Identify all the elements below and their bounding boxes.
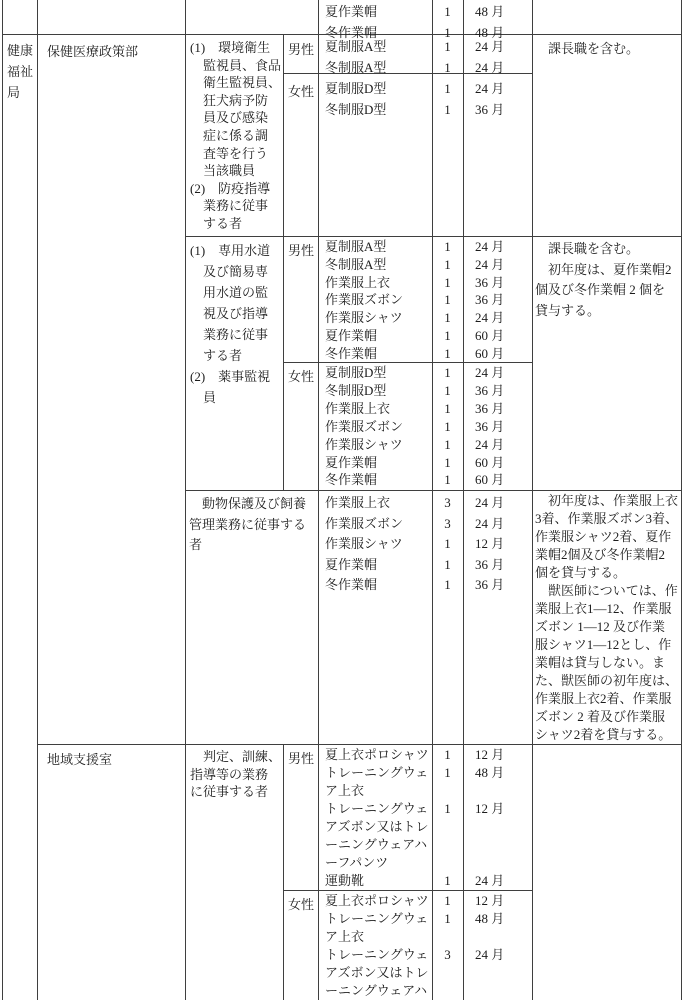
category-cell: (1) 専用水道 及び簡易専 用水道の監 視及び指導 業務に従事 する者 (2)… [185, 236, 283, 408]
gender-cell: 女性 [283, 362, 318, 385]
item-qty: 1 [432, 471, 463, 489]
table-row: 作業服ズボン 1 36 月 [318, 291, 532, 309]
item-list-g2-female: 夏制服D型 1 24 月 冬制服D型 1 36 月 作業服上衣 1 36 月 作… [318, 362, 532, 489]
table-row: 夏制服A型 1 24 月 [318, 37, 532, 58]
department-cell: 地域支援室 [37, 744, 185, 768]
item-qty: 1 [432, 79, 463, 100]
item-period: 24 月 [463, 238, 532, 256]
table-row: 作業服シャツ 1 12 月 [318, 534, 532, 555]
table-row: 作業服シャツ 1 24 月 [318, 309, 532, 327]
table-row: トレーニングウェ アズボン又はトレ ーニングウェアハ 3 24 月 [318, 946, 532, 1000]
uniform-lending-table-page: 健康 福祉 局 保健医療政策部 地域支援室 夏作業帽 1 48 月 冬作業帽 1… [0, 0, 683, 1000]
item-period: 60 月 [463, 454, 532, 472]
item-name: 夏作業帽 [318, 327, 432, 345]
item-name: 作業服ズボン [318, 418, 432, 436]
table-row: 作業服上衣 1 36 月 [318, 274, 532, 292]
item-name: 冬制服A型 [318, 256, 432, 274]
table-row: 夏作業帽 1 60 月 [318, 327, 532, 345]
item-period: 24 月 [463, 514, 532, 535]
table-row: 冬制服D型 1 36 月 [318, 100, 532, 121]
table-row: 夏作業帽 1 36 月 [318, 555, 532, 576]
item-period: 24 月 [463, 256, 532, 274]
item-qty: 3 [432, 946, 463, 964]
item-name: 作業服ズボン [318, 291, 432, 309]
bureau-cell: 健康 福祉 局 [2, 34, 37, 103]
item-qty: 1 [432, 345, 463, 363]
item-qty: 1 [432, 872, 463, 890]
item-qty: 1 [432, 800, 463, 818]
item-qty: 1 [432, 910, 463, 928]
department-cell: 保健医療政策部 [37, 34, 185, 60]
item-period: 24 月 [463, 79, 532, 100]
item-period: 36 月 [463, 274, 532, 292]
item-period: 36 月 [463, 555, 532, 576]
item-period: 24 月 [463, 872, 532, 890]
item-qty: 1 [432, 555, 463, 576]
item-qty: 1 [432, 327, 463, 345]
remarks-cell: 課長職を含む。 [532, 34, 681, 59]
item-period: 36 月 [463, 382, 532, 400]
table-row: 運動靴 1 24 月 [318, 872, 532, 890]
table-row: 冬作業帽 1 60 月 [318, 345, 532, 363]
item-period: 12 月 [463, 800, 532, 818]
item-period: 48 月 [463, 1, 532, 22]
table-row: 夏制服D型 1 24 月 [318, 79, 532, 100]
item-name: 夏作業帽 [318, 454, 432, 472]
item-period: 60 月 [463, 345, 532, 363]
item-name: トレーニングウェ ア上衣 [318, 910, 432, 946]
item-qty: 1 [432, 291, 463, 309]
table-row: 冬制服A型 1 24 月 [318, 256, 532, 274]
item-qty: 1 [432, 256, 463, 274]
table-row: 冬作業帽 1 36 月 [318, 575, 532, 596]
item-period: 48 月 [463, 910, 532, 928]
item-name: 作業服上衣 [318, 400, 432, 418]
item-qty: 1 [432, 400, 463, 418]
item-qty: 1 [432, 436, 463, 454]
table-row: 作業服シャツ 1 24 月 [318, 436, 532, 454]
item-qty: 1 [432, 238, 463, 256]
item-name: 夏作業帽 [318, 1, 432, 22]
grid-line [283, 34, 284, 490]
item-list-g1-male: 夏制服A型 1 24 月 冬制服A型 1 24 月 [318, 34, 532, 78]
item-period: 36 月 [463, 400, 532, 418]
item-qty: 1 [432, 37, 463, 58]
item-name: 作業服上衣 [318, 274, 432, 292]
item-name: 夏制服D型 [318, 364, 432, 382]
remarks-cell: 課長職を含む。 初年度は、夏作業帽2 個及び冬作業帽 2 個を 貸与する。 [532, 236, 681, 321]
item-list-g4-male: 夏上衣ポロシャツ 1 12 月 トレーニングウェ ア上衣 1 48 月 トレーニ… [318, 744, 532, 890]
item-qty: 1 [432, 575, 463, 596]
item-period: 60 月 [463, 471, 532, 489]
item-period: 12 月 [463, 892, 532, 910]
item-qty: 1 [432, 274, 463, 292]
item-period: 24 月 [463, 37, 532, 58]
item-name: 夏制服D型 [318, 79, 432, 100]
item-period: 24 月 [463, 309, 532, 327]
item-period: 24 月 [463, 946, 532, 964]
table-row: トレーニングウェ ア上衣 1 48 月 [318, 910, 532, 946]
item-name: 作業服ズボン [318, 514, 432, 535]
item-name: 冬制服D型 [318, 100, 432, 121]
gender-cell: 男性 [283, 34, 318, 58]
gender-cell: 女性 [283, 890, 318, 913]
item-period: 36 月 [463, 575, 532, 596]
item-name: 夏上衣ポロシャツ [318, 892, 432, 910]
table-row: 作業服ズボン 3 24 月 [318, 514, 532, 535]
table-row: トレーニングウェ ア上衣 1 48 月 [318, 764, 532, 800]
item-qty: 1 [432, 100, 463, 121]
table-row: 夏作業帽 1 48 月 [318, 1, 532, 22]
item-qty: 1 [432, 418, 463, 436]
item-name: 夏上衣ポロシャツ [318, 746, 432, 764]
table-row: 夏上衣ポロシャツ 1 12 月 [318, 746, 532, 764]
item-name: トレーニングウェ アズボン又はトレ ーニングウェアハ [318, 946, 432, 1000]
table-row: 夏上衣ポロシャツ 1 12 月 [318, 892, 532, 910]
item-period: 12 月 [463, 534, 532, 555]
item-period: 24 月 [463, 493, 532, 514]
item-list-g3: 作業服上衣 3 24 月 作業服ズボン 3 24 月 作業服シャツ 1 12 月… [318, 490, 532, 596]
item-qty: 3 [432, 514, 463, 535]
item-qty: 1 [432, 764, 463, 782]
item-name: 冬作業帽 [318, 471, 432, 489]
category-cell: 動物保護及び飼養 管理業務に従事する 者 [185, 490, 318, 556]
item-name: 冬作業帽 [318, 345, 432, 363]
item-period: 36 月 [463, 418, 532, 436]
table-row: トレーニングウェ アズボン又はトレ ーニングウェアハ ーフパンツ 1 12 月 [318, 800, 532, 872]
item-name: トレーニングウェ アズボン又はトレ ーニングウェアハ ーフパンツ [318, 800, 432, 872]
table-row: 作業服上衣 3 24 月 [318, 493, 532, 514]
gender-cell: 男性 [283, 236, 318, 259]
category-cell: 判定、訓練、 指導等の業務 に従事する者 [185, 744, 283, 801]
grid-line [283, 744, 284, 1000]
grid-line [681, 0, 682, 1000]
table-row: 夏制服A型 1 24 月 [318, 238, 532, 256]
item-period: 24 月 [463, 436, 532, 454]
item-name: 夏作業帽 [318, 555, 432, 576]
item-qty: 1 [432, 746, 463, 764]
category-cell: (1) 環境衛生 監視員、食品 衛生監視員、 狂犬病予防 員及び感染 症に係る調… [185, 34, 283, 233]
table-row: 冬作業帽 1 60 月 [318, 471, 532, 489]
item-period: 48 月 [463, 764, 532, 782]
item-list-g1-female: 夏制服D型 1 24 月 冬制服D型 1 36 月 [318, 73, 532, 120]
item-name: 作業服シャツ [318, 309, 432, 327]
remarks-cell: 初年度は、作業服上衣 3着、作業服ズボン3着、 作業服シャツ2着、夏作 業帽2個… [532, 490, 681, 744]
item-period: 12 月 [463, 746, 532, 764]
item-name: 冬作業帽 [318, 575, 432, 596]
item-name: 作業服上衣 [318, 493, 432, 514]
item-qty: 1 [432, 364, 463, 382]
item-qty: 3 [432, 493, 463, 514]
table-row: 夏制服D型 1 24 月 [318, 364, 532, 382]
gender-cell: 男性 [283, 744, 318, 767]
item-qty: 1 [432, 382, 463, 400]
table-row: 作業服上衣 1 36 月 [318, 400, 532, 418]
item-qty: 1 [432, 892, 463, 910]
item-name: 作業服シャツ [318, 534, 432, 555]
item-period: 36 月 [463, 291, 532, 309]
gender-cell: 女性 [283, 73, 318, 100]
item-list-g4-female: 夏上衣ポロシャツ 1 12 月 トレーニングウェ ア上衣 1 48 月 トレーニ… [318, 890, 532, 1000]
item-name: 運動靴 [318, 872, 432, 890]
item-qty: 1 [432, 454, 463, 472]
grid-line [2, 0, 3, 1000]
item-period: 24 月 [463, 364, 532, 382]
item-period: 60 月 [463, 327, 532, 345]
item-name: 夏制服A型 [318, 238, 432, 256]
item-qty: 1 [432, 534, 463, 555]
item-list-g2-male: 夏制服A型 1 24 月 冬制服A型 1 24 月 作業服上衣 1 36 月 作… [318, 236, 532, 363]
item-name: トレーニングウェ ア上衣 [318, 764, 432, 800]
grid-line [37, 0, 38, 1000]
item-period: 36 月 [463, 100, 532, 121]
item-qty: 1 [432, 309, 463, 327]
table-row: 冬制服D型 1 36 月 [318, 382, 532, 400]
item-name: 夏制服A型 [318, 37, 432, 58]
item-name: 作業服シャツ [318, 436, 432, 454]
item-qty: 1 [432, 1, 463, 22]
table-row: 夏作業帽 1 60 月 [318, 454, 532, 472]
table-row: 作業服ズボン 1 36 月 [318, 418, 532, 436]
item-name: 冬制服D型 [318, 382, 432, 400]
